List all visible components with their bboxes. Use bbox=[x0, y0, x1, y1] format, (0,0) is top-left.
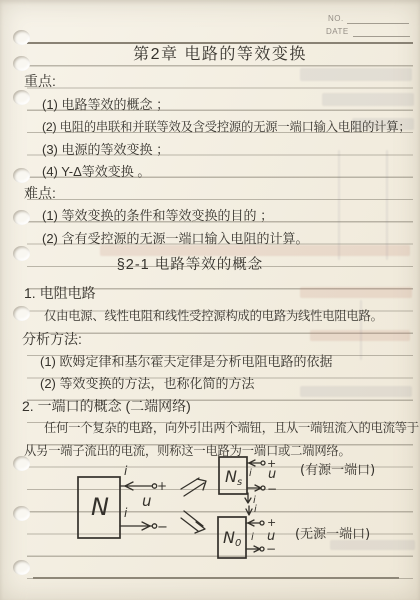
bleed-through bbox=[300, 287, 412, 298]
key-point-item: (2) 电阻的串联和并联等效及含受控源的无源一端口输入电阻的计算； bbox=[42, 118, 410, 137]
notebook-page: NO. DATE 第2章 电路的等效变换 重点: (1) 电路等效的概念 ； (… bbox=[0, 0, 420, 600]
bleed-through bbox=[322, 93, 414, 106]
resistive-circuit-body: 仅由电源、线性电阻和线性受控源构成的电路为线性电阻电路。 bbox=[44, 307, 383, 326]
current-arrow-down-icon bbox=[246, 506, 252, 515]
bleed-through bbox=[310, 330, 410, 341]
resistive-circuit-heading: 1. 电阻电路 bbox=[24, 284, 96, 303]
voltage-label: u bbox=[268, 467, 276, 482]
box-no-label: N0 bbox=[223, 528, 241, 549]
one-port-circuit-diagram: N i + u i − Ns + i u − i (有源一端口) N0 i + … bbox=[50, 445, 420, 595]
difficulty-item: (2) 含有受控源的无源一端口输入电阻的计算。 bbox=[42, 229, 309, 248]
bleed-through bbox=[338, 150, 340, 260]
heading-key-points: 重点: bbox=[24, 72, 56, 91]
current-label: i bbox=[124, 506, 128, 520]
binder-hole bbox=[13, 168, 30, 183]
key-point-item: (3) 电源的等效变换 ； bbox=[42, 140, 169, 159]
minus-sign: − bbox=[267, 482, 277, 496]
section-heading: §2-1 电路等效的概念 bbox=[30, 256, 350, 275]
analysis-methods-heading: 分析方法: bbox=[22, 330, 82, 349]
binder-hole bbox=[13, 56, 30, 71]
voltage-label: u bbox=[142, 492, 152, 510]
minus-sign: − bbox=[157, 520, 168, 535]
date-line bbox=[353, 36, 410, 37]
current-label: i bbox=[251, 532, 254, 543]
binder-hole bbox=[13, 30, 30, 45]
binder-hole bbox=[13, 210, 30, 225]
no-line bbox=[347, 23, 409, 24]
no-label: NO. bbox=[328, 14, 344, 23]
one-port-body-line1: 任何一个复杂的电路，向外引出两个端钮，且从一端钮流入的电流等于 bbox=[44, 419, 419, 438]
terminal-node bbox=[260, 521, 264, 525]
current-label: i bbox=[124, 464, 128, 478]
key-point-item: (4) Y-Δ等效变换 。 bbox=[42, 162, 150, 181]
binder-hole bbox=[13, 306, 30, 321]
binder-hole bbox=[13, 506, 30, 521]
heading-difficulties: 难点: bbox=[24, 184, 56, 203]
bleed-through bbox=[300, 386, 412, 397]
bleed-through bbox=[300, 68, 412, 81]
plus-sign: + bbox=[267, 516, 276, 529]
key-point-item: (1) 电路等效的概念 ； bbox=[42, 95, 169, 114]
passive-one-port-label: (无源一端口) bbox=[295, 526, 370, 542]
terminal-node bbox=[260, 547, 264, 551]
method-item: (1) 欧姆定律和基尔霍夫定律是分析电阻电路的依据 bbox=[40, 352, 333, 371]
plus-sign: + bbox=[157, 479, 167, 493]
binder-hole bbox=[13, 90, 30, 105]
binder-hole bbox=[13, 246, 30, 261]
top-rule bbox=[27, 42, 413, 44]
implies-arrow-upright-icon bbox=[181, 478, 206, 496]
box-ns-label: Ns bbox=[225, 467, 242, 488]
current-label: i bbox=[249, 468, 252, 479]
implies-arrow-downright-icon bbox=[181, 511, 205, 533]
terminal-node bbox=[261, 486, 265, 490]
bleed-through bbox=[386, 150, 388, 260]
minus-sign: − bbox=[266, 542, 276, 556]
one-port-heading: 2. 一端口的概念 (二端网络) bbox=[22, 397, 191, 416]
active-one-port-label: (有源一端口) bbox=[300, 462, 375, 478]
current-label: i bbox=[254, 504, 257, 515]
difficulty-item: (1) 等效变换的条件和等效变换的目的 ； bbox=[42, 206, 273, 225]
method-item: (2) 等效变换的方法，也称化简的方法 bbox=[40, 374, 255, 393]
date-label: DATE bbox=[326, 27, 349, 36]
box-n-label: N bbox=[91, 493, 109, 521]
terminal-node bbox=[261, 461, 265, 465]
binder-hole bbox=[13, 560, 30, 575]
page-title: 第2章 电路的等效变换 bbox=[30, 45, 410, 64]
